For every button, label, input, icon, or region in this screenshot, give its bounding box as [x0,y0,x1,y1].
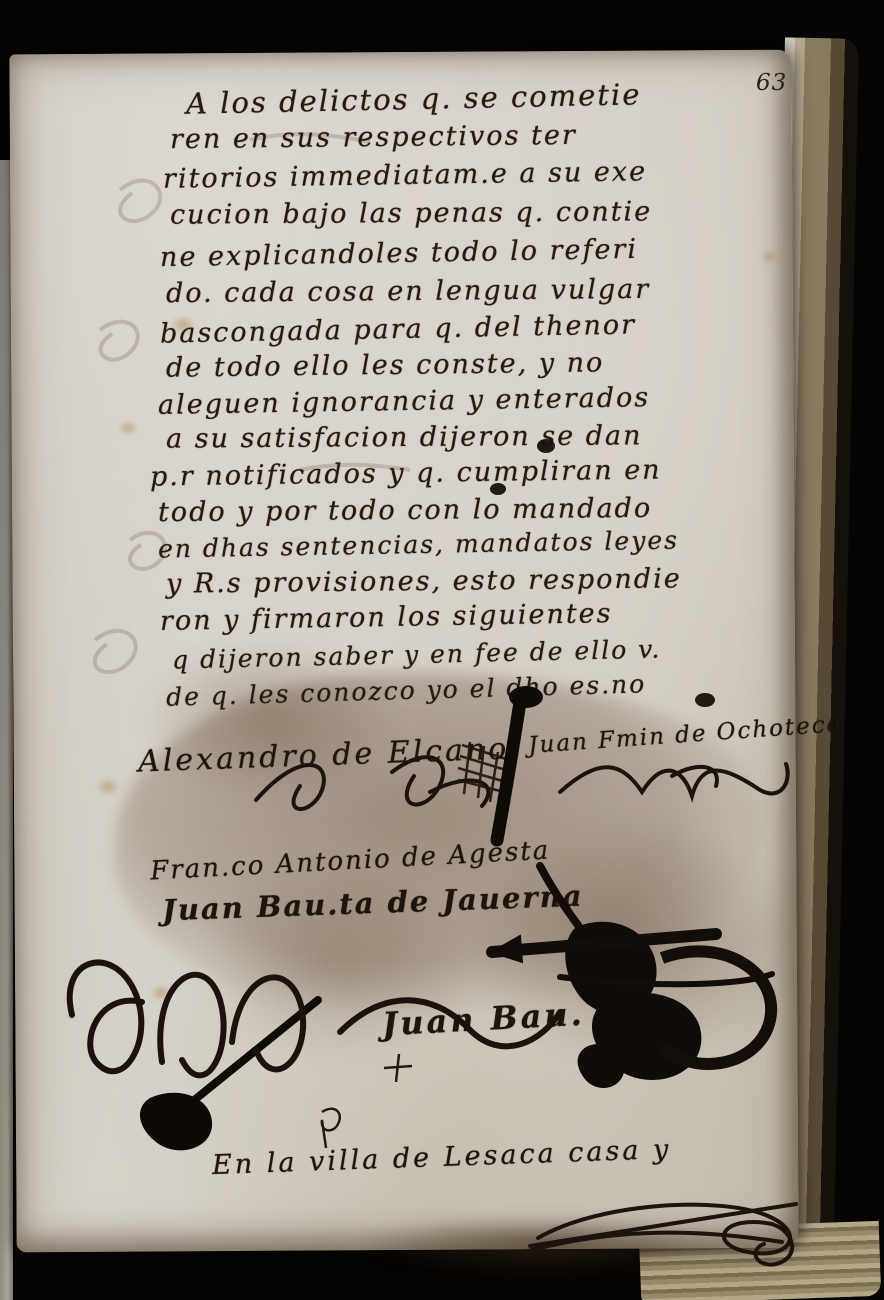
manuscript-line: de todo ello les conste, y no [166,347,605,383]
manuscript-line: ren en sus respectivos ter [170,120,577,155]
foxing-spot [96,778,120,796]
manuscript-line: todo y por todo con lo mandado [158,493,652,528]
manuscript-line: do. cada cosa en lengua vulgar [166,274,650,309]
foxing-spot [118,420,138,436]
page-number: 63 [756,70,787,96]
manuscript-line: y R.s provisiones, esto respondie [166,563,682,599]
manuscript-photo: 63 A los delictos q. se cometie ren en s… [0,0,884,1300]
manuscript-line: cucion bajo las penas q. contie [170,196,652,230]
manuscript-line: a su satisfacion dijeron se dan [166,420,643,454]
foxing-spot [760,250,778,264]
foxing-spot [150,985,172,1001]
